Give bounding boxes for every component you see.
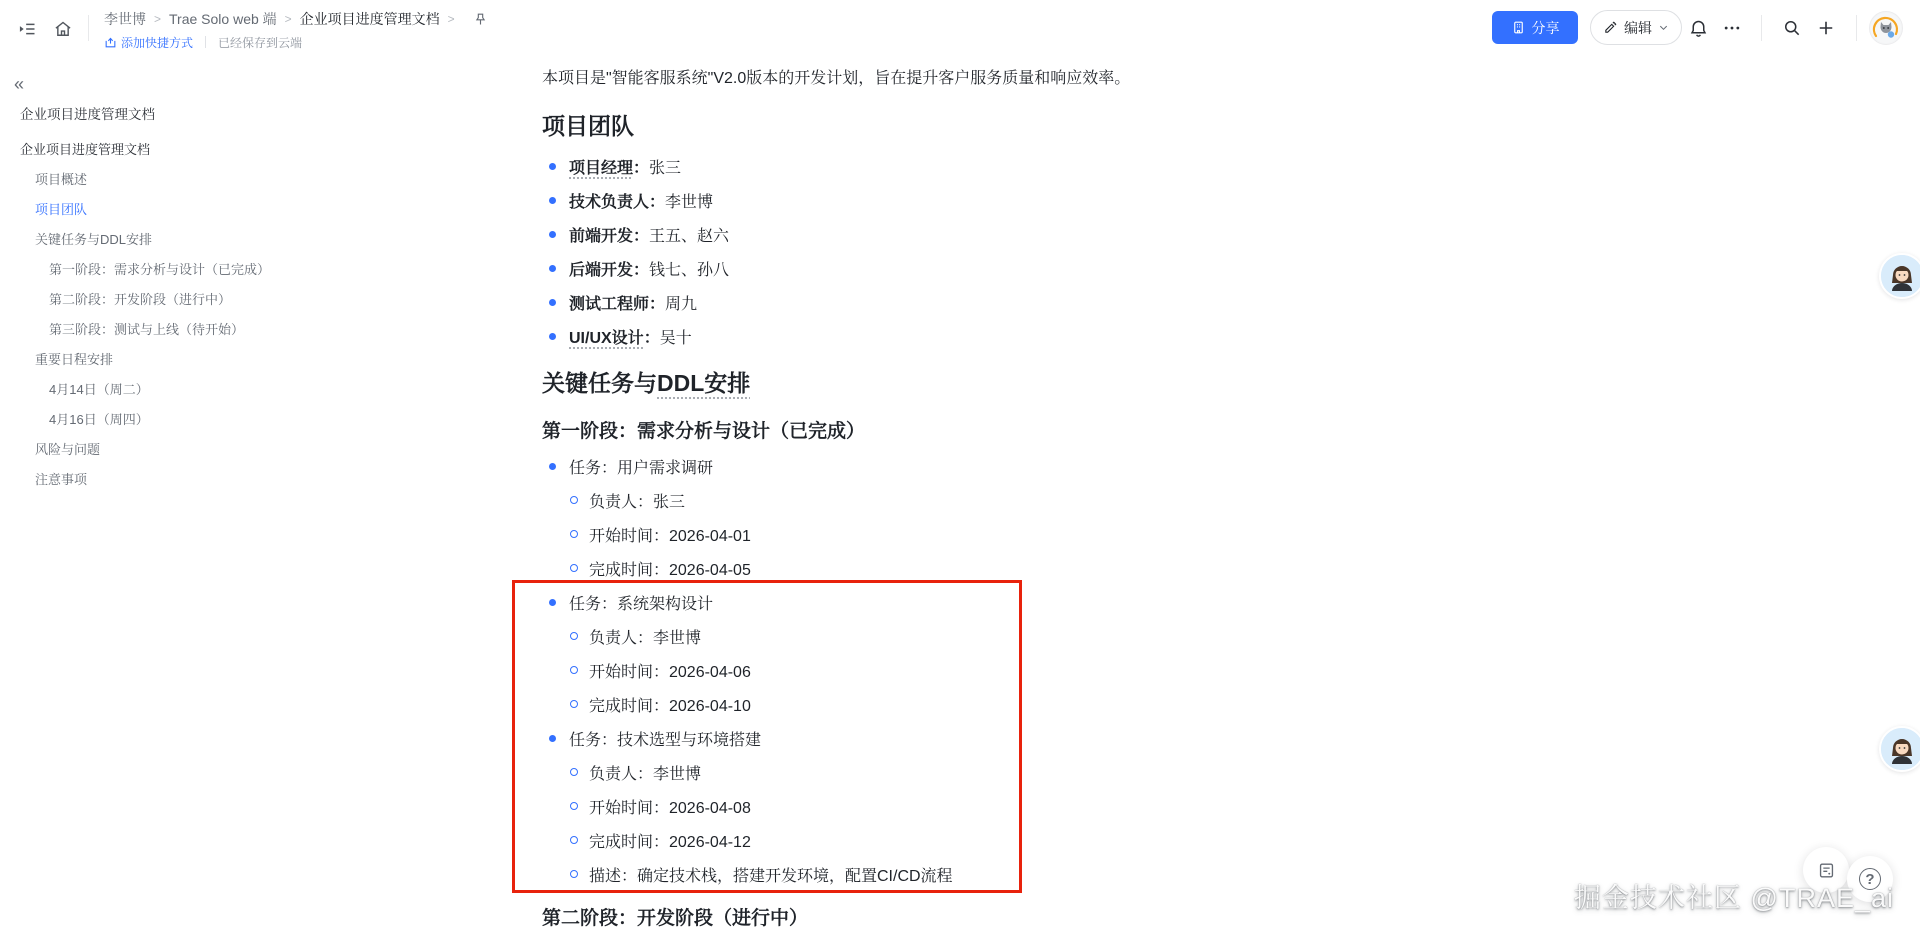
team-member-role: UI/UX设计 <box>569 325 644 348</box>
topbar-divider <box>1856 15 1857 41</box>
outline-item[interactable]: 关键任务与DDL安排 <box>0 225 460 255</box>
search-icon[interactable] <box>1777 13 1807 43</box>
add-shortcut-link[interactable]: 添加快捷方式 <box>104 34 193 51</box>
team-member-name: 吴十 <box>660 325 692 348</box>
bullet-icon <box>549 735 556 742</box>
team-heading: 项目团队 <box>542 110 1222 142</box>
home-icon[interactable] <box>48 14 78 44</box>
breadcrumb-separator: > <box>285 12 292 26</box>
task-item: 任务：用户需求调研 负责人：张三 开始时间：2026-04-01 完成时间：20… <box>542 449 1222 585</box>
share-button[interactable]: 分享 <box>1492 11 1578 44</box>
sub-bullet-icon <box>570 768 578 776</box>
colon: ： <box>633 155 649 178</box>
team-member-name: 周九 <box>665 291 697 314</box>
breadcrumb-label[interactable]: Trae Solo web 端 <box>169 9 277 29</box>
sub-bullet-icon <box>570 700 578 708</box>
task-detail-text: 完成时间：2026-04-05 <box>589 557 751 580</box>
team-member-role: 测试工程师 <box>569 291 649 314</box>
task-detail-row: 开始时间：2026-04-08 <box>542 789 1222 823</box>
task-title-row: 任务：用户需求调研 <box>542 449 1222 483</box>
outline-item-label: 关键任务与DDL安排 <box>35 232 152 247</box>
outline-list: 企业项目进度管理文档 项目概述 项目团队 关键任务与DDL安排 第一阶段：需求分… <box>0 135 460 495</box>
collaborator-avatar[interactable] <box>1879 726 1920 772</box>
task-detail-text: 负责人：李世博 <box>589 761 701 784</box>
task-item: 任务：系统架构设计 负责人：李世博 开始时间：2026-04-06 完成时间：2… <box>542 585 1222 721</box>
bullet-icon <box>549 299 556 306</box>
bullet-icon <box>549 599 556 606</box>
outline-item[interactable]: 风险与问题 <box>0 435 460 465</box>
colon: ： <box>633 223 649 246</box>
breadcrumb-item[interactable]: 企业项目进度管理文档 > <box>300 9 463 29</box>
outline-item[interactable]: 第三阶段：测试与上线（待开始） <box>0 315 460 345</box>
edit-label: 编辑 <box>1624 18 1652 38</box>
task-detail-text: 负责人：李世博 <box>589 625 701 648</box>
team-list: 项目经理：张三 技术负责人：李世博 前端开发：王五、赵六 后端开发：钱七、孙八 … <box>542 149 1222 353</box>
sub-bullet-icon <box>570 802 578 810</box>
pin-icon[interactable] <box>473 12 488 27</box>
feedback-doc-icon <box>1817 861 1836 880</box>
phase1-heading: 第一阶段：需求分析与设计（已完成） <box>542 418 1222 446</box>
breadcrumb-label[interactable]: 企业项目进度管理文档 <box>300 9 440 29</box>
pencil-icon <box>1603 20 1618 35</box>
task-detail-text: 开始时间：2026-04-08 <box>589 795 751 818</box>
task-detail-row: 开始时间：2026-04-06 <box>542 653 1222 687</box>
outline-item-label: 4月16日（周四） <box>49 412 149 427</box>
collapse-panel-icon[interactable]: « <box>14 72 40 96</box>
tasks-heading-plain: 关键任务与 <box>542 370 657 396</box>
task-detail-row: 负责人：李世博 <box>542 755 1222 789</box>
watermark-text: 掘金技术社区 @TRAE_ai <box>1574 876 1894 915</box>
sub-bullet-icon <box>570 496 578 504</box>
phase2-heading: 第二阶段：开发阶段（进行中） <box>542 905 1222 927</box>
outline-item-label: 注意事项 <box>35 472 87 487</box>
tasks-heading-ddl: DDL安排 <box>657 370 750 396</box>
colon: ： <box>649 291 665 314</box>
task-details: 负责人：李世博 开始时间：2026-04-06 完成时间：2026-04-10 <box>542 619 1222 721</box>
more-options-icon[interactable] <box>1717 13 1747 43</box>
bullet-icon <box>549 163 556 170</box>
edit-button[interactable]: 编辑 <box>1590 10 1682 45</box>
team-member-name: 李世博 <box>665 189 713 212</box>
task-detail-row: 完成时间：2026-04-12 <box>542 823 1222 857</box>
outline-item-label: 第一阶段：需求分析与设计（已完成） <box>49 262 270 277</box>
colon: ： <box>644 325 660 348</box>
task-detail-text: 负责人：张三 <box>589 489 685 512</box>
outline-item[interactable]: 第二阶段：开发阶段（进行中） <box>0 285 460 315</box>
topbar-divider <box>1761 15 1762 41</box>
outline-item-label: 企业项目进度管理文档 <box>20 142 150 157</box>
breadcrumb-separator: > <box>154 12 161 26</box>
outline-item-label: 重要日程安排 <box>35 352 113 367</box>
breadcrumb-item[interactable]: 李世博 > <box>104 9 169 29</box>
add-shortcut-label[interactable]: 添加快捷方式 <box>121 34 193 51</box>
outline-item[interactable]: 项目团队 <box>0 195 460 225</box>
sidebar-toggle-icon[interactable] <box>12 14 42 44</box>
question-mark-icon: ? <box>1859 868 1881 890</box>
outline-item[interactable]: 注意事项 <box>0 465 460 495</box>
task-detail-row: 完成时间：2026-04-05 <box>542 551 1222 585</box>
collaborator-avatar[interactable] <box>1879 253 1920 299</box>
breadcrumb-separator: > <box>448 12 455 26</box>
share-label: 分享 <box>1532 18 1560 38</box>
task-detail-text: 开始时间：2026-04-01 <box>589 523 751 546</box>
outline-item-label: 风险与问题 <box>35 442 100 457</box>
task-title: 任务：系统架构设计 <box>569 591 713 614</box>
outline-item-label: 项目团队 <box>35 202 87 217</box>
status-divider <box>205 36 206 48</box>
team-member-role: 前端开发 <box>569 223 633 246</box>
task-detail-text: 开始时间：2026-04-06 <box>589 659 751 682</box>
notifications-bell-icon[interactable] <box>1683 13 1713 43</box>
team-member-item: 前端开发：王五、赵六 <box>542 217 1222 251</box>
breadcrumb-row: 李世博 > Trae Solo web 端 > 企业项目进度管理文档 > <box>104 8 488 30</box>
team-member-item: 后端开发：钱七、孙八 <box>542 251 1222 285</box>
task-item: 任务：技术选型与环境搭建 负责人：李世博 开始时间：2026-04-08 完成时… <box>542 721 1222 891</box>
outline-item[interactable]: 企业项目进度管理文档 <box>0 135 460 165</box>
colon: ： <box>633 257 649 280</box>
outline-item-label: 4月14日（周二） <box>49 382 149 397</box>
outline-item[interactable]: 重要日程安排 <box>0 345 460 375</box>
outline-item[interactable]: 第一阶段：需求分析与设计（已完成） <box>0 255 460 285</box>
chevron-down-icon <box>1658 22 1669 33</box>
task-title: 任务：技术选型与环境搭建 <box>569 727 761 750</box>
team-member-name: 钱七、孙八 <box>649 257 729 280</box>
team-member-role: 技术负责人 <box>569 189 649 212</box>
task-detail-row: 描述：确定技术栈，搭建开发环境，配置CI/CD流程 <box>542 857 1222 891</box>
task-details: 负责人：张三 开始时间：2026-04-01 完成时间：2026-04-05 <box>542 483 1222 585</box>
breadcrumb-label[interactable]: 李世博 <box>104 9 146 29</box>
outline-item[interactable]: 项目概述 <box>0 165 460 195</box>
outline-panel-title: 企业项目进度管理文档 <box>20 105 460 125</box>
breadcrumb-subrow: 添加快捷方式 已经保存到云端 <box>104 32 488 52</box>
tasks-heading: 关键任务与DDL安排 <box>542 367 1222 399</box>
outline-item-label: 第二阶段：开发阶段（进行中） <box>49 292 231 307</box>
colon: ： <box>649 189 665 212</box>
task-detail-text: 完成时间：2026-04-10 <box>589 693 751 716</box>
task-detail-row: 开始时间：2026-04-01 <box>542 517 1222 551</box>
task-detail-row: 负责人：张三 <box>542 483 1222 517</box>
help-button[interactable]: ? <box>1847 856 1893 902</box>
team-member-item: UI/UX设计：吴十 <box>542 319 1222 353</box>
task-detail-row: 负责人：李世博 <box>542 619 1222 653</box>
sub-bullet-icon <box>570 564 578 572</box>
sub-bullet-icon <box>570 836 578 844</box>
user-avatar[interactable] <box>1869 11 1903 45</box>
sub-bullet-icon <box>570 666 578 674</box>
create-new-icon[interactable] <box>1811 13 1841 43</box>
outline-panel: « 企业项目进度管理文档 企业项目进度管理文档 项目概述 项目团队 关键任务与D… <box>0 56 460 927</box>
shortcut-arrow-icon <box>104 36 117 49</box>
team-member-item: 项目经理：张三 <box>542 149 1222 183</box>
document-content: 本项目是"智能客服系统"V2.0版本的开发计划，旨在提升客户服务质量和响应效率。… <box>542 56 1222 927</box>
task-detail-text: 完成时间：2026-04-12 <box>589 829 751 852</box>
breadcrumb-item[interactable]: Trae Solo web 端 > <box>169 9 300 29</box>
save-status-text: 已经保存到云端 <box>218 34 302 51</box>
task-title-row: 任务：系统架构设计 <box>542 585 1222 619</box>
task-detail-text: 描述：确定技术栈，搭建开发环境，配置CI/CD流程 <box>589 863 953 886</box>
team-member-item: 技术负责人：李世博 <box>542 183 1222 217</box>
outline-item[interactable]: 4月16日（周四） <box>0 405 460 435</box>
bullet-icon <box>549 463 556 470</box>
task-detail-row: 完成时间：2026-04-10 <box>542 687 1222 721</box>
team-member-role: 后端开发 <box>569 257 633 280</box>
share-icon <box>1511 20 1526 35</box>
bullet-icon <box>549 197 556 204</box>
sub-bullet-icon <box>570 870 578 878</box>
feedback-button[interactable] <box>1803 847 1849 893</box>
intro-paragraph: 本项目是"智能客服系统"V2.0版本的开发计划，旨在提升客户服务质量和响应效率。 <box>542 66 1222 92</box>
team-member-role: 项目经理 <box>569 155 633 178</box>
sub-bullet-icon <box>570 632 578 640</box>
task-details: 负责人：李世博 开始时间：2026-04-08 完成时间：2026-04-12 … <box>542 755 1222 891</box>
breadcrumb: 李世博 > Trae Solo web 端 > 企业项目进度管理文档 > 添 <box>104 8 488 52</box>
team-member-item: 测试工程师：周九 <box>542 285 1222 319</box>
bullet-icon <box>549 231 556 238</box>
outline-item[interactable]: 4月14日（周二） <box>0 375 460 405</box>
outline-item-label: 项目概述 <box>35 172 87 187</box>
bullet-icon <box>549 265 556 272</box>
team-member-name: 王五、赵六 <box>649 223 729 246</box>
sub-bullet-icon <box>570 530 578 538</box>
topbar-divider <box>88 15 89 41</box>
top-bar: 李世博 > Trae Solo web 端 > 企业项目进度管理文档 > 添 <box>0 0 1920 56</box>
bullet-icon <box>549 333 556 340</box>
task-title-row: 任务：技术选型与环境搭建 <box>542 721 1222 755</box>
task-list: 任务：用户需求调研 负责人：张三 开始时间：2026-04-01 完成时间：20… <box>542 449 1222 891</box>
outline-item-label: 第三阶段：测试与上线（待开始） <box>49 322 244 337</box>
task-title: 任务：用户需求调研 <box>569 455 713 478</box>
team-member-name: 张三 <box>649 155 681 178</box>
